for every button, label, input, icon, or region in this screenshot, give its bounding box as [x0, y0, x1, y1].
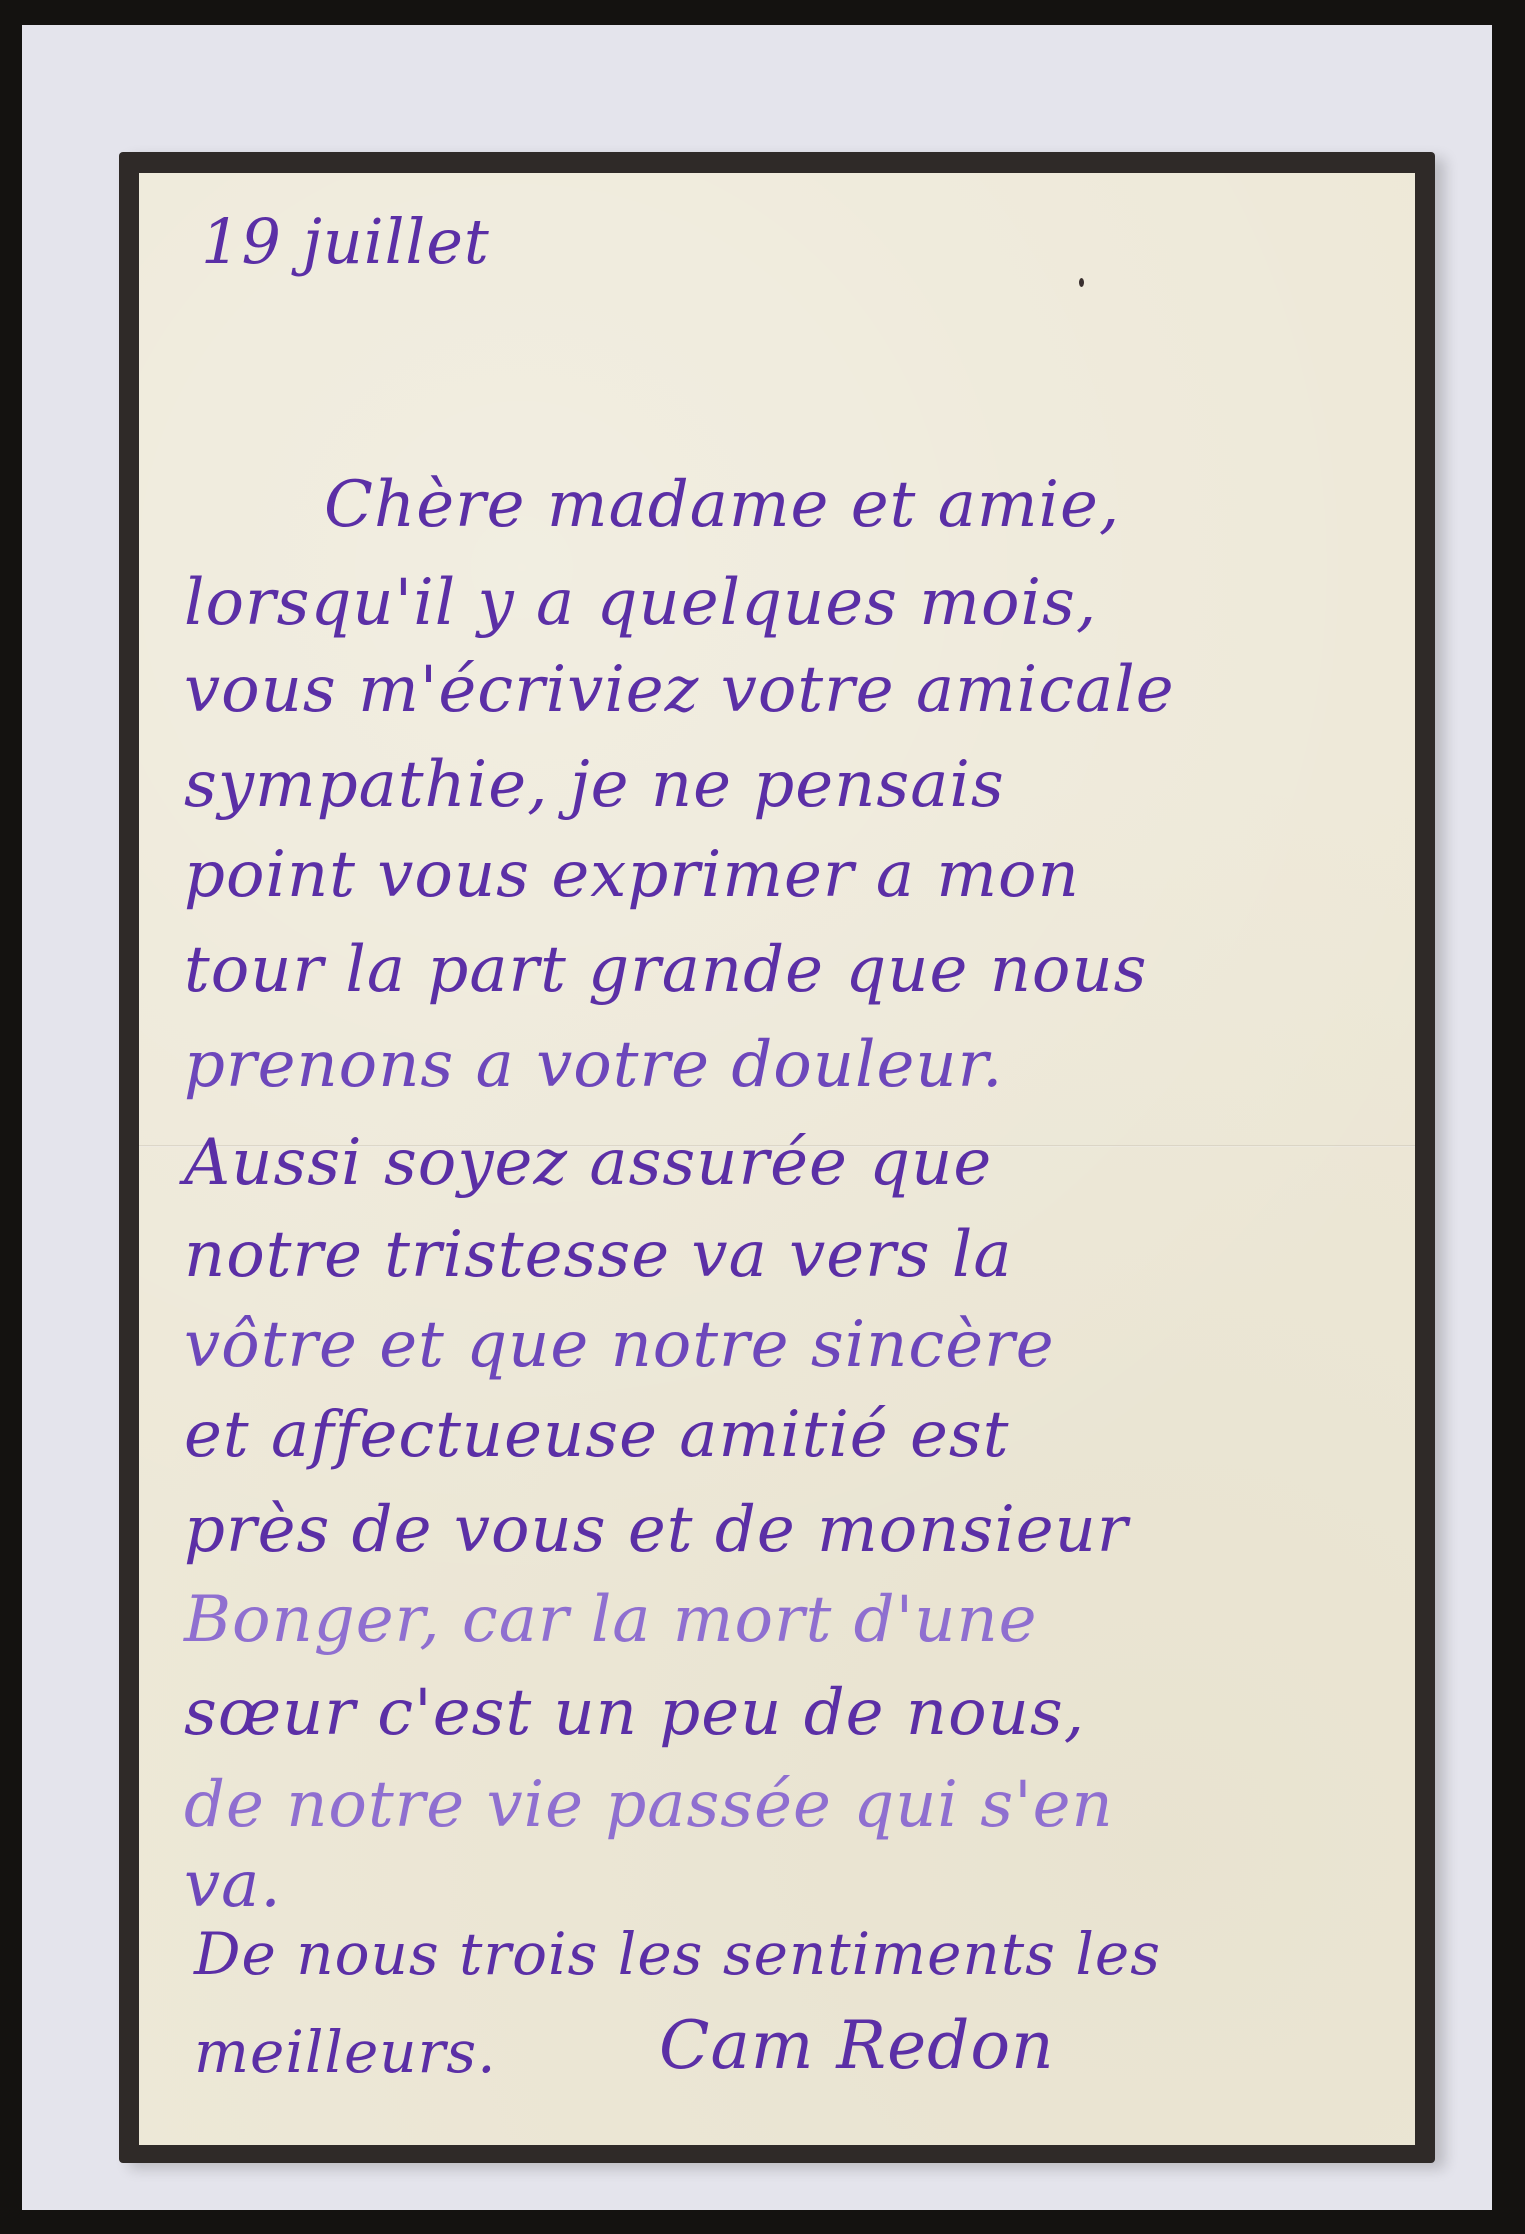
body-line: Bonger, car la mort d'une	[184, 1588, 1038, 1652]
body-line: sympathie, je ne pensais	[184, 753, 1005, 817]
letter-date: 19 juillet	[201, 211, 490, 273]
body-line: Aussi soyez assurée que	[184, 1131, 992, 1195]
closing-line: meilleurs.	[194, 2023, 497, 2081]
letter-paper: 19 juillet Chère madame et amie, lorsqu'…	[139, 173, 1415, 2145]
body-line: et affectueuse amitié est	[184, 1403, 1009, 1467]
mourning-card: 19 juillet Chère madame et amie, lorsqu'…	[119, 152, 1435, 2163]
mat-mount: 19 juillet Chère madame et amie, lorsqu'…	[22, 25, 1492, 2210]
ink-speck	[1079, 278, 1084, 287]
body-line: vôtre et que notre sincère	[184, 1313, 1055, 1377]
body-line: lorsqu'il y a quelques mois,	[184, 571, 1097, 635]
body-line: point vous exprimer a mon	[184, 843, 1080, 907]
letter-salutation: Chère madame et amie,	[324, 473, 1120, 537]
body-line: près de vous et de monsieur	[184, 1498, 1128, 1562]
body-line: prenons a votre douleur.	[184, 1033, 1004, 1097]
closing-line: De nous trois les sentiments les	[194, 1925, 1161, 1983]
body-line: de notre vie passée qui s'en	[184, 1773, 1114, 1837]
body-line: va.	[184, 1853, 282, 1917]
signature: Cam Redon	[659, 2013, 1055, 2079]
body-line: sœur c'est un peu de nous,	[184, 1681, 1085, 1745]
body-line: notre tristesse va vers la	[184, 1223, 1013, 1287]
body-line: vous m'écriviez votre amicale	[184, 658, 1175, 722]
body-line: tour la part grande que nous	[184, 938, 1148, 1002]
